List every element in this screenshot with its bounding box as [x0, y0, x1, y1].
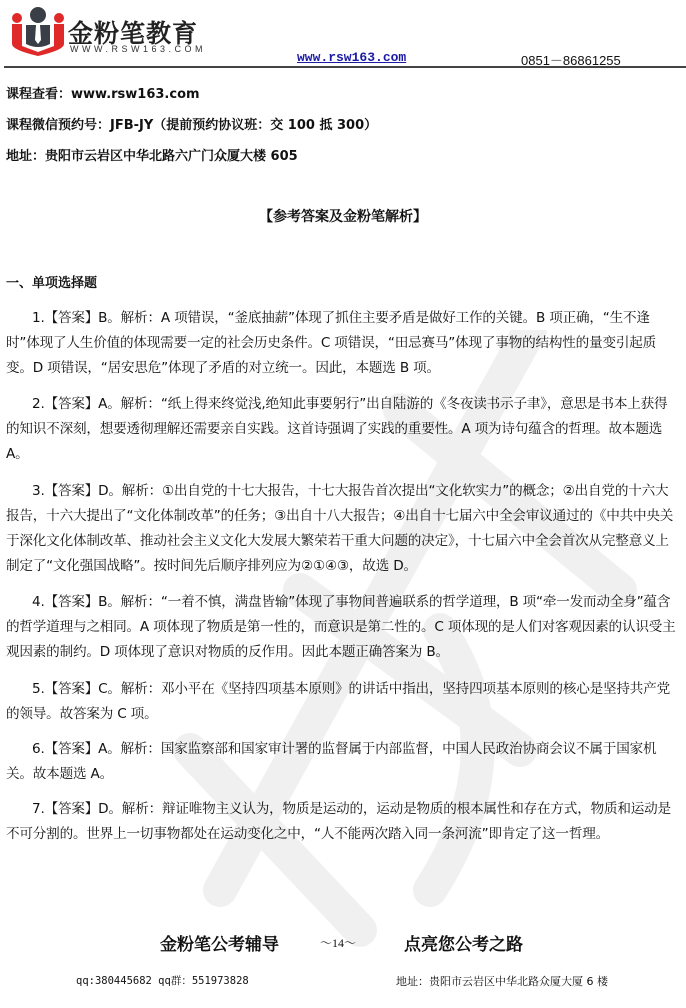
address-line: 地址：贵阳市云岩区中华北路六广门众厦大楼 605 [6, 145, 298, 164]
page-number: ～14～ [320, 934, 356, 951]
course-view-line: 课程查看：www.rsw163.com [6, 83, 200, 102]
answer-item: 7.【答案】D。解析：辩证唯物主义认为，物质是运动的，运动是物质的根本属性和存在… [6, 797, 680, 847]
header-divider [4, 66, 686, 68]
brand-url: WWW.RSW163.COM [70, 44, 206, 54]
brand-logo-icon [8, 6, 68, 56]
footer-address: 地址：贵阳市云岩区中华北路众厦大厦 6 楼 [396, 973, 608, 989]
footer-slogan-left: 金粉笔公考辅导 [160, 930, 279, 955]
answer-item: 1.【答案】B。解析：A 项错误，“釜底抽薪”体现了抓住主要矛盾是做好工作的关键… [6, 306, 680, 381]
answer-item: 6.【答案】A。解析：国家监察部和国家审计署的监督属于内部监督，中国人民政治协商… [6, 737, 680, 787]
section-title: 一、单项选择题 [6, 272, 97, 291]
website-link[interactable]: www.rsw163.com [297, 50, 406, 65]
answer-item: 2.【答案】A。解析：“纸上得来终觉浅,绝知此事要躬行”出自陆游的《冬夜读书示子… [6, 392, 680, 467]
footer-slogan-right: 点亮您公考之路 [404, 930, 523, 955]
answer-item: 4.【答案】B。解析：“一着不慎，满盘皆输”体现了事物间普遍联系的哲学道理，B … [6, 590, 680, 665]
answers-heading: 【参考答案及金粉笔解析】 [0, 206, 686, 226]
answer-item: 5.【答案】C。解析：邓小平在《坚持四项基本原则》的讲话中指出，坚持四项基本原则… [6, 677, 680, 727]
footer-contact: qq:380445682 qq群：551973828 [76, 973, 249, 988]
answer-item: 3.【答案】D。解析：①出自党的十七大报告，十七大报告首次提出“文化软实力”的概… [6, 479, 680, 579]
page-header: 金粉笔教育 WWW.RSW163.COM www.rsw163.com 0851… [0, 0, 686, 70]
wechat-line: 课程微信预约号：JFB-JY（提前预约协议班：交 100 抵 300） [6, 114, 377, 133]
